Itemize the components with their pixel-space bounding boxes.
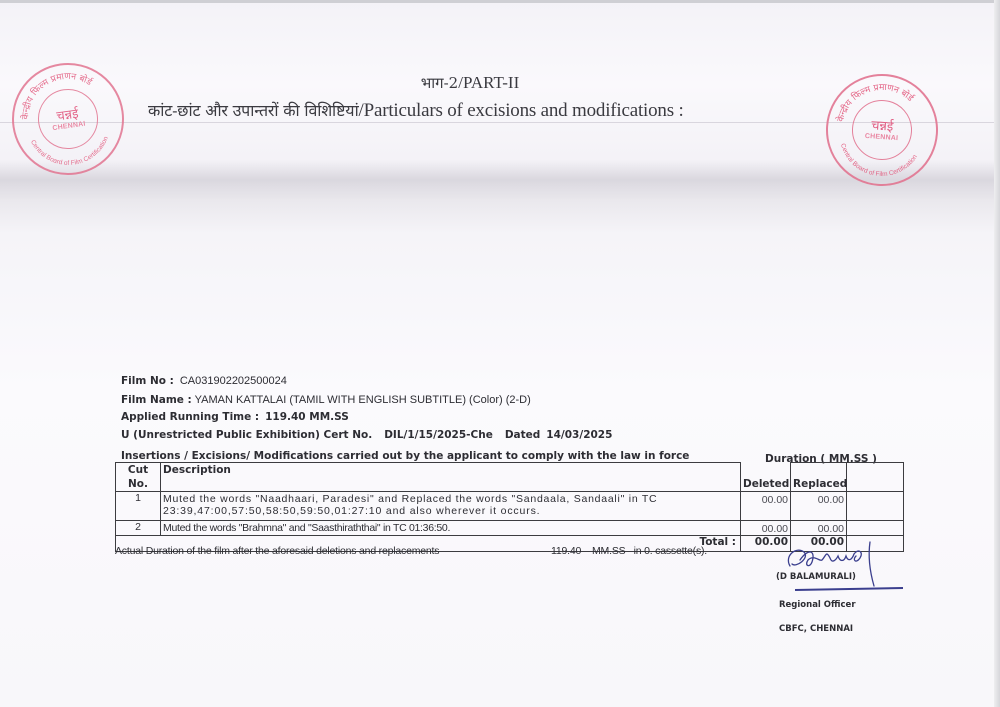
cassette-count: in 0. cassette(s). (634, 545, 707, 557)
film-name-value: YAMAN KATTALAI (TAMIL WITH ENGLISH SUBTI… (195, 394, 531, 406)
film-name-label: Film Name : (121, 394, 192, 406)
part-title: भाग-2/PART-II (0, 73, 940, 93)
film-no-label: Film No : (121, 375, 174, 387)
subtitle-english: /Particulars of excisions and modificati… (359, 100, 684, 121)
cut-description: Muted the words "Brahmna" and "Saasthira… (161, 521, 741, 536)
blank-cell (847, 492, 904, 521)
actual-duration-value: 119.40 MM.SS in 0. cassette(s). (551, 545, 707, 557)
modifications-title: Insertions / Excisions/ Modifications ca… (121, 450, 689, 462)
signatory-name: (D BALAMURALI) (776, 572, 856, 582)
col-description: Description (161, 463, 741, 492)
cut-description: Muted the words "Naadhaari, Paradesi" an… (161, 492, 741, 521)
certificate-row: U (Unrestricted Public Exhibition) Cert … (121, 429, 612, 441)
col-cut-no: Cut No. (116, 463, 161, 492)
table-row: 1 Muted the words "Naadhaari, Paradesi" … (116, 492, 904, 521)
blank-cell (847, 521, 904, 536)
document-subtitle: कांट-छांट और उपान्तरों की विशिष्टियां/Pa… (148, 99, 684, 122)
cut-no: 1 (116, 492, 161, 521)
table-row: 2 Muted the words "Brahmna" and "Saasthi… (116, 521, 904, 536)
actual-duration-number: 119.40 (551, 545, 581, 557)
dated-label: Dated (505, 429, 540, 441)
running-time-label: Applied Running Time : (121, 411, 259, 423)
description-line: Muted the words "Naadhaari, Paradesi" an… (163, 493, 738, 505)
actual-duration-label: Actual Duration of the film after the af… (115, 545, 439, 557)
replaced-duration: 00.00 (791, 521, 847, 536)
film-no-value: CA031902202500024 (180, 375, 287, 387)
page-top-edge (0, 0, 1000, 3)
cut-no: 2 (116, 521, 161, 536)
col-deleted: Deleted (741, 463, 791, 492)
replaced-duration: 00.00 (791, 492, 847, 521)
page-right-edge (994, 0, 1000, 707)
deleted-duration: 00.00 (741, 521, 791, 536)
actual-duration-unit: MM.SS (592, 545, 625, 557)
certificate-number: DIL/1/15/2025-Che (384, 429, 493, 441)
table-header-row: Cut No. Description Deleted Replaced (116, 463, 904, 492)
film-no-row: Film No :CA031902202500024 (121, 375, 287, 387)
signatory-office: CBFC, CHENNAI (779, 624, 853, 634)
deleted-duration: 00.00 (741, 492, 791, 521)
dated-value: 14/03/2025 (546, 429, 612, 441)
col-blank (847, 463, 904, 492)
signatory-designation: Regional Officer (779, 600, 856, 610)
film-name-row: Film Name : YAMAN KATTALAI (TAMIL WITH E… (121, 394, 531, 406)
stamp-city: CHENNAI (865, 132, 899, 141)
col-replaced: Replaced (791, 463, 847, 492)
running-time-value: 119.40 MM.SS (265, 411, 349, 423)
subtitle-hindi: कांट-छांट और उपान्तरों की विशिष्टियां (148, 101, 359, 120)
certificate-label: U (Unrestricted Public Exhibition) Cert … (121, 429, 372, 441)
running-time-row: Applied Running Time :119.40 MM.SS (121, 411, 349, 423)
stamp-city-hindi: चन्नई (871, 119, 894, 135)
part-title-english: /PART-II (458, 73, 519, 92)
part-title-hindi: भाग-2 (421, 74, 459, 92)
description-line: 23:39,47:00,57:50,58:50,59:50,01:27:10 a… (163, 505, 738, 517)
